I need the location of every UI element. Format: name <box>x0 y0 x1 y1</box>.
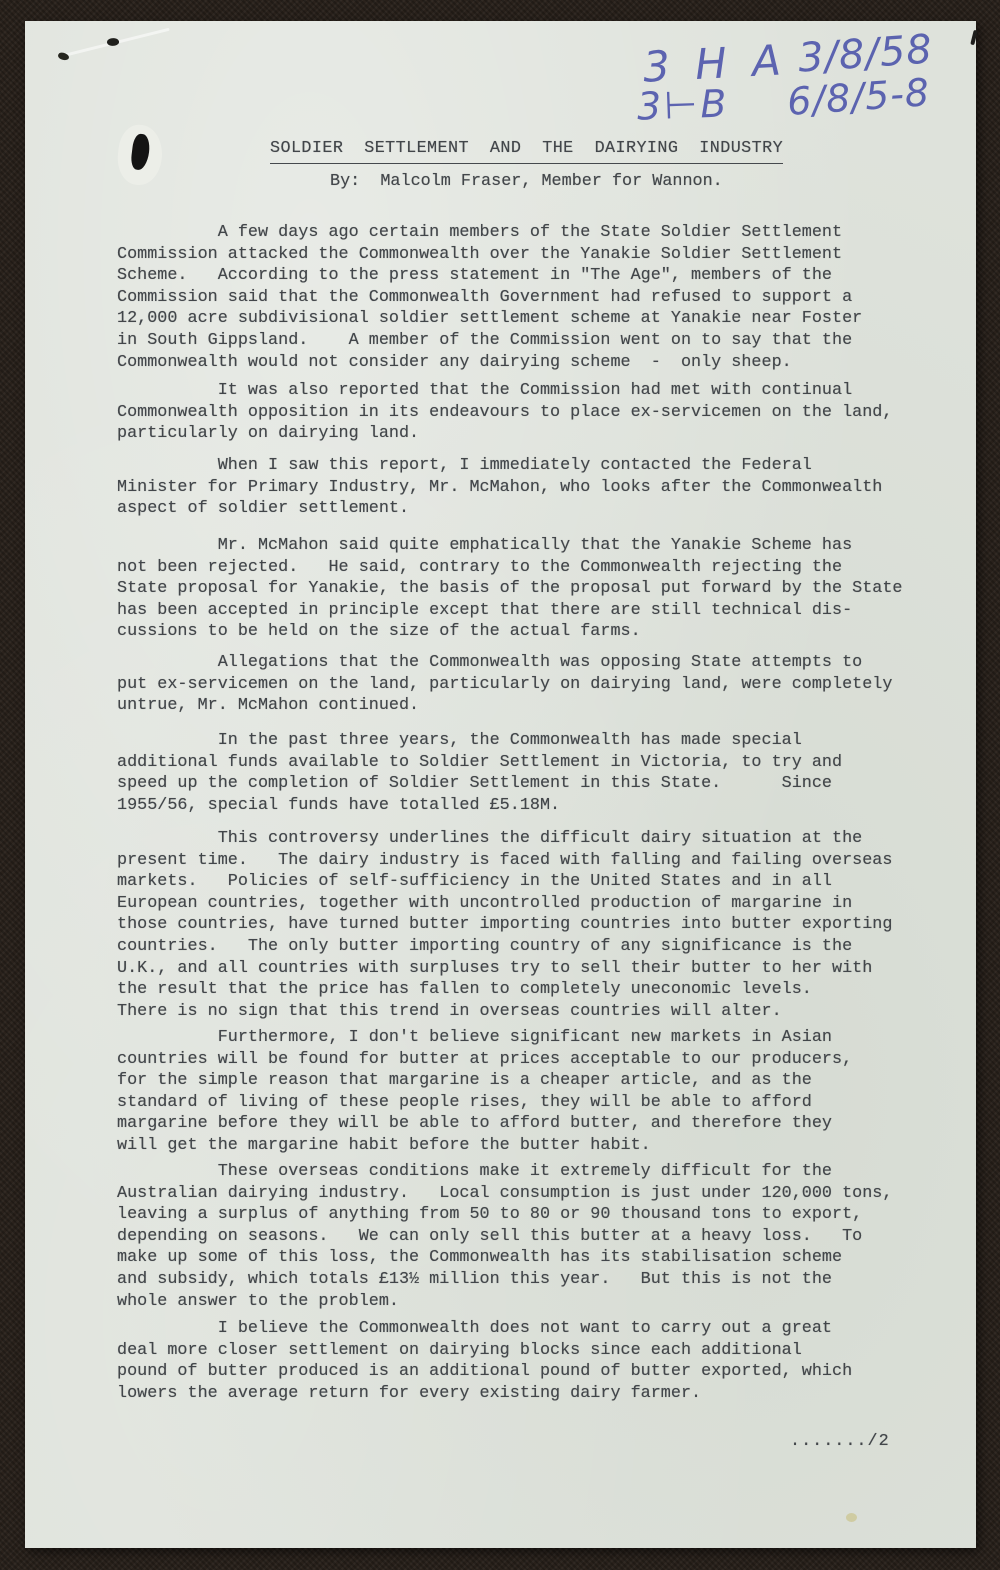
text-line: the result that the price has fallen to … <box>117 979 892 1001</box>
text-line: 12,000 acre subdivisional soldier settle… <box>117 308 862 330</box>
text-line: U.K., and all countries with surpluses t… <box>117 958 892 980</box>
paper-stain <box>846 1513 857 1522</box>
text-line: Australian dairying industry. Local cons… <box>117 1183 892 1205</box>
text-line: These overseas conditions make it extrem… <box>117 1161 892 1183</box>
text-line: countries will be found for butter at pr… <box>117 1049 852 1071</box>
handwritten-date: 6/8/5-8 <box>786 70 932 124</box>
text-line: When I saw this report, I immediately co… <box>117 455 882 477</box>
text-line: and subsidy, which totals £13½ million t… <box>117 1269 892 1291</box>
paragraph: Mr. McMahon said quite emphatically that… <box>117 535 903 643</box>
text-line: In the past three years, the Commonwealt… <box>117 730 842 752</box>
text-line: markets. Policies of self-sufficiency in… <box>117 871 892 893</box>
text-line: those countries, have turned butter impo… <box>117 914 892 936</box>
text-line: Minister for Primary Industry, Mr. McMah… <box>117 477 882 499</box>
text-line: lowers the average return for every exis… <box>117 1383 852 1405</box>
text-line: Allegations that the Commonwealth was op… <box>117 652 892 674</box>
paragraph: These overseas conditions make it extrem… <box>117 1161 892 1312</box>
text-line: not been rejected. He said, contrary to … <box>117 557 903 579</box>
text-line: Scheme. According to the press statement… <box>117 265 862 287</box>
paragraph: Allegations that the Commonwealth was op… <box>117 652 892 717</box>
text-line: Mr. McMahon said quite emphatically that… <box>117 535 903 557</box>
text-line: aspect of soldier settlement. <box>117 498 882 520</box>
scanned-document-photo: { "handwritten_annotations": { "ink_colo… <box>0 0 1000 1570</box>
text-line: I believe the Commonwealth does not want… <box>117 1318 852 1340</box>
edge-mark <box>970 30 978 46</box>
text-line: Commission attacked the Commonwealth ove… <box>117 244 862 266</box>
text-line: untrue, Mr. McMahon continued. <box>117 695 892 717</box>
paragraph: I believe the Commonwealth does not want… <box>117 1318 852 1404</box>
text-line: cussions to be held on the size of the a… <box>117 621 903 643</box>
text-line: Commission said that the Commonwealth Go… <box>117 287 862 309</box>
text-line: whole answer to the problem. <box>117 1291 892 1313</box>
text-line: pound of butter produced is an additiona… <box>117 1361 852 1383</box>
document-byline: By: Malcolm Fraser, Member for Wannon. <box>330 171 723 193</box>
text-line: standard of living of these people rises… <box>117 1092 852 1114</box>
text-line: countries. The only butter importing cou… <box>117 936 892 958</box>
page-continuation-marker: ......./2 <box>790 1431 890 1453</box>
text-line: present time. The dairy industry is face… <box>117 850 892 872</box>
text-line: for the simple reason that margarine is … <box>117 1070 852 1092</box>
document-page: 3 H A 3/8/58 3⊢B 6/8/5-8 SOLDIER SETTLEM… <box>25 21 976 1548</box>
text-line: It was also reported that the Commission… <box>117 380 892 402</box>
paragraph: Furthermore, I don't believe significant… <box>117 1027 852 1157</box>
text-line: 1955/56, special funds have totalled £5.… <box>117 795 842 817</box>
text-line: This controversy underlines the difficul… <box>117 828 892 850</box>
text-line: speed up the completion of Soldier Settl… <box>117 773 842 795</box>
text-line: European countries, together with uncont… <box>117 893 892 915</box>
text-line: Furthermore, I don't believe significant… <box>117 1027 852 1049</box>
text-line: has been accepted in principle except th… <box>117 600 903 622</box>
paragraph: In the past three years, the Commonwealt… <box>117 730 842 816</box>
text-line: put ex-servicemen on the land, particula… <box>117 674 892 696</box>
text-line: State proposal for Yanakie, the basis of… <box>117 578 903 600</box>
text-line: particularly on dairying land. <box>117 423 892 445</box>
text-line: There is no sign that this trend in over… <box>117 1001 892 1023</box>
paragraph: A few days ago certain members of the St… <box>117 222 862 373</box>
text-line: A few days ago certain members of the St… <box>117 222 862 244</box>
document-title: SOLDIER SETTLEMENT AND THE DAIRYING INDU… <box>270 138 783 164</box>
text-line: in South Gippsland. A member of the Comm… <box>117 330 862 352</box>
text-line: will get the margarine habit before the … <box>117 1135 852 1157</box>
text-line: make up some of this loss, the Commonwea… <box>117 1247 892 1269</box>
paragraph: This controversy underlines the difficul… <box>117 828 892 1022</box>
text-line: Commonwealth would not consider any dair… <box>117 352 862 374</box>
paragraph: It was also reported that the Commission… <box>117 380 892 445</box>
text-line: margarine before they will be able to af… <box>117 1113 852 1135</box>
text-line: depending on seasons. We can only sell t… <box>117 1226 892 1248</box>
paragraph: When I saw this report, I immediately co… <box>117 455 882 520</box>
text-line: deal more closer settlement on dairying … <box>117 1340 852 1362</box>
text-line: Commonwealth opposition in its endeavour… <box>117 402 892 424</box>
handwritten-reference-code: 3⊢B <box>636 81 730 128</box>
text-line: leaving a surplus of anything from 50 to… <box>117 1204 892 1226</box>
text-line: additional funds available to Soldier Se… <box>117 752 842 774</box>
